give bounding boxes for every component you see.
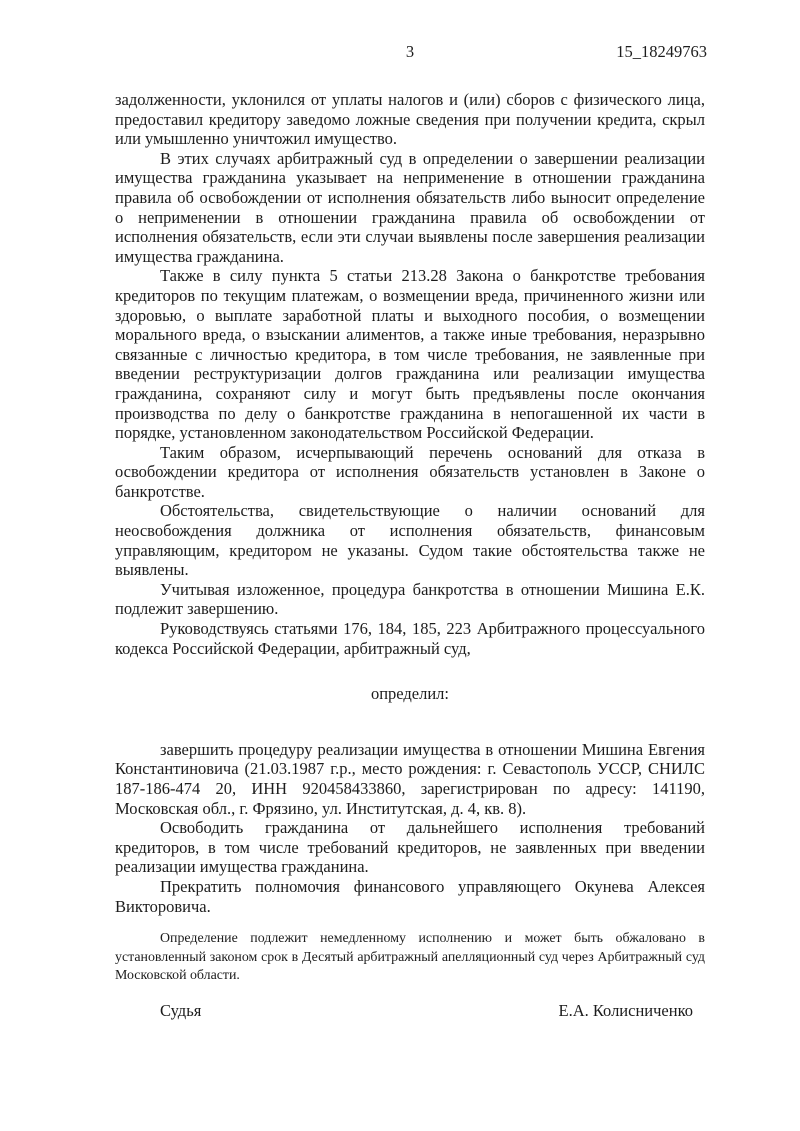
page-header: 3 15_18249763 [115,0,705,61]
document-body: задолженности, уклонился от уплаты налог… [115,90,705,1020]
resolution-heading: определил: [115,684,705,704]
judge-name: Е.А. Колисниченко [558,1001,693,1021]
page-number: 3 [406,42,414,61]
resolution-paragraph: Прекратить полномочия финансового управл… [115,877,705,916]
signature-row: Судья Е.А. Колисниченко [115,1001,705,1021]
body-paragraph: Руководствуясь статьями 176, 184, 185, 2… [115,619,705,658]
resolution-paragraph: завершить процедуру реализации имущества… [115,740,705,818]
appeal-notice: Определение подлежит немедленному исполн… [115,930,705,986]
resolution-paragraph: Освободить гражданина от дальнейшего исп… [115,818,705,877]
body-paragraph: Также в силу пункта 5 статьи 213.28 Зако… [115,266,705,442]
judge-label: Судья [160,1001,201,1021]
body-paragraph: В этих случаях арбитражный суд в определ… [115,149,705,267]
body-paragraph: Учитывая изложенное, процедура банкротст… [115,580,705,619]
document-page: 3 15_18249763 задолженности, уклонился о… [0,0,800,1131]
body-paragraph: Обстоятельства, свидетельствующие о нали… [115,501,705,579]
body-paragraph: Таким образом, исчерпывающий перечень ос… [115,443,705,502]
body-paragraph: задолженности, уклонился от уплаты налог… [115,90,705,149]
document-id: 15_18249763 [616,42,707,61]
